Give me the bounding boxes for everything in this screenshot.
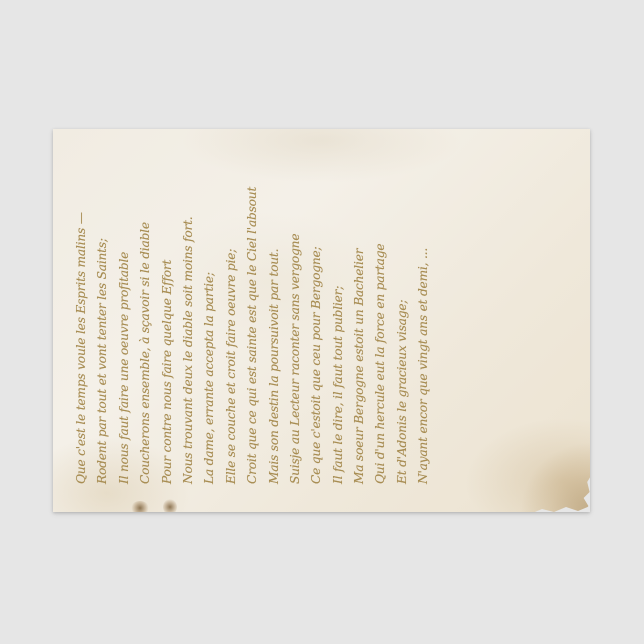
parchment-card: Que c'est le temps voule les Esprits mal… — [53, 129, 590, 512]
verse-line: Ma soeur Bergogne estoit un Bachelier — [349, 139, 370, 484]
corner-stain — [520, 442, 590, 512]
verse-line: Rodent par tout et vont tenter les Saint… — [92, 139, 113, 484]
verse-line: Suisje au Lecteur raconter sans vergogne — [285, 139, 306, 484]
verse-line: Croit que ce qui est sainte est que le C… — [242, 139, 263, 484]
burn-stain — [163, 499, 177, 512]
verse-line: N'ayant encor que vingt ans et demi, ... — [413, 139, 434, 484]
verse-line: Il nous faut faire une oeuvre profitable — [114, 139, 135, 484]
verse-line: Qui d'un hercule eut la force en partage — [370, 139, 391, 484]
verse-line: Ce que c'estoit que ceu pour Bergogne; — [306, 139, 327, 484]
verse-line: Coucherons ensemble, à sçavoir si le dia… — [135, 139, 156, 484]
burn-stain — [131, 501, 149, 512]
verse-line: Pour contre nous faire quelque Effort — [157, 139, 178, 484]
verse-line: Elle se couche et croit faire oeuvre pie… — [221, 139, 242, 484]
verse-line: Et d'Adonis le gracieux visage; — [392, 139, 413, 484]
handwritten-verses: Que c'est le temps voule les Esprits mal… — [71, 139, 435, 484]
verse-line: Nous trouvant deux le diable soit moins … — [178, 139, 199, 484]
verse-line: Que c'est le temps voule les Esprits mal… — [71, 139, 92, 484]
verse-line: Mais son destin la poursuivoit par tout. — [264, 139, 285, 484]
verse-line: La dame, errante accepta la partie; — [199, 139, 220, 484]
verse-line: Il faut le dire, il faut tout publier; — [328, 139, 349, 484]
